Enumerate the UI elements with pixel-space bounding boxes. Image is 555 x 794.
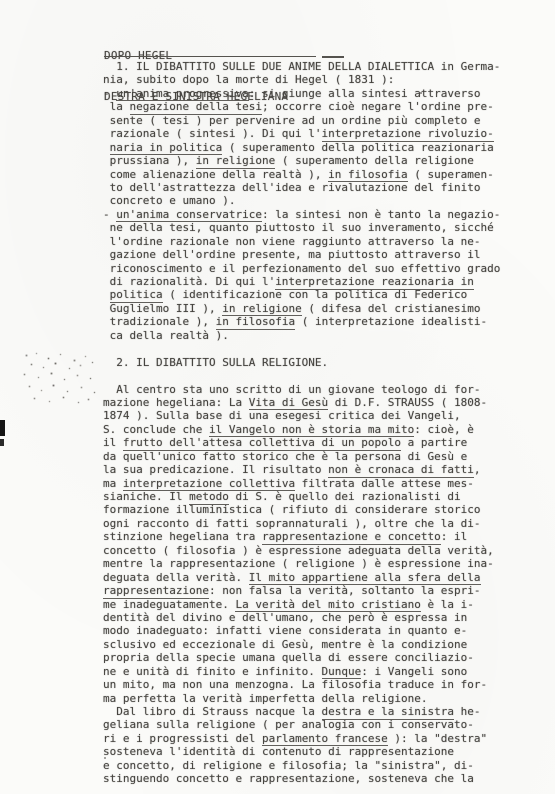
text-segment: 1874 ). Sulla base di una esegesi critic…	[103, 409, 461, 422]
scan-noise-speckles	[22, 352, 23, 353]
text-segment: di razionalità. Di qui l'	[103, 275, 275, 288]
underlined-text-segment: Vita di Gesù	[249, 396, 328, 411]
text-line: ne della tesi, quanto piuttosto il suo i…	[103, 221, 533, 234]
underlined-text-segment: destra e la sinistra	[322, 705, 454, 720]
text-segment: modo inadeguato: infatti viene considera…	[103, 624, 467, 637]
text-segment: a partire	[401, 436, 467, 449]
text-segment: nia, subito dopo la morte di Hegel ( 183…	[103, 73, 394, 86]
text-line: tradizionale ), in filosofia ( interpret…	[103, 315, 533, 328]
text-line: da quell'unico fatto storico che è la pe…	[103, 450, 533, 463]
underlined-text-segment: La verità del mito cristiano	[235, 598, 420, 613]
text-line: la negazione della tesi; occorre cioè ne…	[103, 100, 533, 113]
text-line: - un'anima conservatrice: la sintesi non…	[103, 208, 533, 221]
blank-line	[103, 369, 533, 382]
text-segment: formazione illuministica ( rifiuto di co…	[103, 503, 481, 516]
underlined-text-segment: negazione della tesi	[130, 100, 262, 115]
text-line: 2. IL DIBATTITO SULLA RELIGIONE.	[103, 356, 533, 369]
text-line: me inadeguatamente. La verità del mito c…	[103, 598, 533, 611]
text-segment: ogni racconto di fatti soprannaturali ),…	[103, 517, 481, 530]
text-segment: : la sintesi non è tanto la negazio-	[262, 208, 500, 221]
text-segment: stinguendo concetto e rappresentazione, …	[103, 772, 474, 785]
text-line: nia, subito dopo la morte di Hegel ( 183…	[103, 73, 533, 86]
text-segment: Al centro sta uno scritto di un giovane …	[103, 383, 481, 396]
document-body: 1. IL DIBATTITO SULLE DUE ANIME DELLA DI…	[103, 60, 533, 786]
underlined-text-segment: naria in politica	[110, 141, 223, 156]
text-line: sente ( tesi ) per pervenire ad un ordin…	[103, 114, 533, 127]
text-line: modo inadeguato: infatti viene considera…	[103, 624, 533, 637]
text-segment: filtrata dalle attese mes-	[295, 477, 474, 490]
underlined-text-segment: non è cronaca di fatti	[328, 463, 474, 478]
underlined-text-segment: rappresentazione e concetto	[262, 530, 441, 545]
scan-stray-dot	[104, 757, 106, 759]
text-segment: he-	[454, 705, 481, 718]
text-line: sclusivo ed eccezionale di Gesù, mentre …	[103, 638, 533, 651]
text-segment: ma perfetta la verità imperfetta della r…	[103, 692, 428, 705]
text-line: stinguendo concetto e rappresentazione, …	[103, 772, 533, 785]
text-line: mentre la rappresentazione ( religione )…	[103, 557, 533, 570]
underlined-text-segment: in religione	[196, 154, 275, 169]
text-segment: prussiana ),	[103, 154, 196, 167]
underlined-text-segment: politica	[110, 288, 163, 303]
text-segment: S. conclude che	[103, 423, 209, 436]
text-segment: la sua predicazione. Il risultato	[103, 463, 328, 476]
text-line: ca della realtà ).	[103, 329, 533, 342]
text-line: Al centro sta uno scritto di un giovane …	[103, 383, 533, 396]
text-line: il frutto dell'attesa collettiva di un p…	[103, 436, 533, 449]
underlined-text-segment: interpretazione rivoluzio-	[322, 127, 494, 142]
text-segment: tradizionale ),	[103, 315, 216, 328]
text-segment: di D.F. STRAUSS ( 1808-	[328, 396, 487, 409]
text-segment: 1. IL DIBATTITO SULLE DUE ANIME DELLA DI…	[103, 60, 500, 73]
text-segment: -	[103, 87, 116, 100]
underlined-text-segment: interpretazione collettiva	[123, 477, 295, 492]
underlined-text-segment: in religione	[222, 302, 301, 317]
text-segment: stinzione hegeliana tra	[103, 530, 262, 543]
text-line: l'ordine razionale non viene raggiunto a…	[103, 235, 533, 248]
text-segment: sosteneva l'identità di contenuto di rap…	[103, 745, 454, 758]
underlined-text-segment: Dunque	[322, 665, 362, 680]
text-segment: razionale ( sintesi ). Di qui l'	[103, 127, 322, 140]
underlined-text-segment: in filosofia	[216, 315, 295, 330]
text-segment: è la i-	[421, 598, 474, 611]
text-segment: ( superamento della religione	[275, 154, 474, 167]
text-segment: ( interpretazione idealisti-	[295, 315, 487, 328]
text-line: sianiche. Il metodo di S. è quello dei r…	[103, 490, 533, 503]
text-line: rappresentazione: non falsa la verità, s…	[103, 584, 533, 597]
text-segment: Dal libro di Strauss nacque la	[103, 705, 322, 718]
text-segment: : non falsa la verità, soltanto la espri…	[209, 584, 481, 597]
text-segment: un mito, ma non una menzogna. La filosof…	[103, 678, 487, 691]
text-segment: -	[103, 208, 116, 221]
text-segment: Guglielmo III ),	[103, 302, 222, 315]
text-segment: sianiche. Il	[103, 490, 189, 503]
text-line: di razionalità. Di qui l'interpretazione…	[103, 275, 533, 288]
text-segment: 2. IL DIBATTITO SULLA RELIGIONE.	[103, 356, 328, 369]
title-underline-rule-segment	[322, 56, 344, 58]
text-segment: deguata della verità.	[103, 571, 249, 584]
title-underline-rule	[104, 56, 316, 57]
text-segment: di S. è quello dei razionalisti di	[229, 490, 461, 503]
text-segment: ; occorre cioè negare l'ordine pre-	[262, 100, 494, 113]
scan-edge-artifact-small	[0, 439, 4, 446]
text-line: un mito, ma non una menzogna. La filosof…	[103, 678, 533, 691]
text-segment: propria della specie umana quella di ess…	[103, 651, 474, 664]
text-line: stinzione hegeliana tra rappresentazione…	[103, 530, 533, 543]
text-line: sosteneva l'identità di contenuto di rap…	[103, 745, 533, 758]
text-segment: ( superamento della politica reazionaria	[222, 141, 494, 154]
text-segment: e concetto, di religione e filosofia; la…	[103, 759, 474, 772]
text-segment: : i Vangeli sono	[361, 665, 467, 678]
underlined-text-segment: in filosofia	[328, 168, 407, 183]
text-segment: da quell'unico fatto storico che è la pe…	[103, 450, 467, 463]
text-line: S. conclude che il Vangelo non è storia …	[103, 423, 533, 436]
text-line: concetto ( filosofia ) è espressione ade…	[103, 544, 533, 557]
text-line: ogni racconto di fatti soprannaturali ),…	[103, 517, 533, 530]
text-line: ri e i progressisti del parlamento franc…	[103, 732, 533, 745]
text-line: ne e unità di finito e infinito. Dunque:…	[103, 665, 533, 678]
text-segment: concreto e umano ).	[103, 194, 235, 207]
text-line: come alienazione della realtà ), in filo…	[103, 168, 533, 181]
text-segment: sente ( tesi ) per pervenire ad un ordin…	[103, 114, 481, 127]
text-segment: riconoscimento e il perfezionamento del …	[103, 262, 500, 275]
text-segment	[103, 141, 110, 154]
blank-line	[103, 342, 533, 355]
text-line: - un'anima progressiva: si giunge alla s…	[103, 87, 533, 100]
underlined-text-segment: Il mito appartiene alla sfera della	[249, 571, 481, 586]
text-line: mazione hegeliana: La Vita di Gesù di D.…	[103, 396, 533, 409]
text-segment: l'ordine razionale non viene raggiunto a…	[103, 235, 481, 248]
text-segment: ( difesa del cristianesimo	[302, 302, 481, 315]
text-segment: : si giunge alla sintesi attraverso	[249, 87, 481, 100]
text-segment: ( superamen-	[408, 168, 494, 181]
text-segment: sclusivo ed eccezionale di Gesù, mentre …	[103, 638, 467, 651]
text-line: gazione dell'ordine presente, ma piuttos…	[103, 248, 533, 261]
text-line: Guglielmo III ), in religione ( difesa d…	[103, 302, 533, 315]
text-line: 1874 ). Sulla base di una esegesi critic…	[103, 409, 533, 422]
text-segment: to dell'astrattezza dell'idea e rivaluta…	[103, 181, 481, 194]
text-segment: ri e i progressisti del	[103, 732, 262, 745]
text-line: politica ( identificazione con la politi…	[103, 288, 533, 301]
text-line: razionale ( sintesi ). Di qui l'interpre…	[103, 127, 533, 140]
text-segment: dentità del divino e dell'umano, che per…	[103, 611, 467, 624]
scan-stray-dot	[420, 92, 422, 94]
text-segment: la	[103, 100, 130, 113]
scanned-document-page: DOPO HEGEL DESTRA E SINISTRA HEGELIANA 1…	[0, 0, 555, 794]
text-line: la sua predicazione. Il risultato non è …	[103, 463, 533, 476]
text-segment: ,	[474, 463, 481, 476]
text-segment: ma	[103, 477, 123, 490]
text-line: dentità del divino e dell'umano, che per…	[103, 611, 533, 624]
text-segment: il	[103, 436, 123, 449]
text-segment: me inadeguatamente.	[103, 598, 235, 611]
text-segment: mazione hegeliana: La	[103, 396, 249, 409]
text-segment	[103, 288, 110, 301]
text-line: e concetto, di religione e filosofia; la…	[103, 759, 533, 772]
text-segment: geliana sulla religione ( per analogia c…	[103, 718, 474, 731]
text-line: geliana sulla religione ( per analogia c…	[103, 718, 533, 731]
text-line: 1. IL DIBATTITO SULLE DUE ANIME DELLA DI…	[103, 60, 533, 73]
text-line: deguata della verità. Il mito appartiene…	[103, 571, 533, 584]
underlined-text-segment: frutto dell'attesa collettiva di un popo…	[123, 436, 401, 451]
underlined-text-segment: rappresentazione	[103, 584, 209, 599]
text-line: riconoscimento e il perfezionamento del …	[103, 262, 533, 275]
text-line: ma interpretazione collettiva filtrata d…	[103, 477, 533, 490]
text-line: ma perfetta la verità imperfetta della r…	[103, 692, 533, 705]
underlined-text-segment: il Vangelo non è storia ma mito	[209, 423, 414, 438]
text-line: concreto e umano ).	[103, 194, 533, 207]
text-line: propria della specie umana quella di ess…	[103, 651, 533, 664]
text-segment: ( identificazione con la politica di Fed…	[163, 288, 468, 301]
text-line: prussiana ), in religione ( superamento …	[103, 154, 533, 167]
text-segment: : il	[441, 530, 468, 543]
text-segment: ne della tesi, quanto piuttosto il suo i…	[103, 221, 494, 234]
scan-edge-artifact	[0, 420, 5, 436]
text-segment: ): la "destra"	[388, 732, 487, 745]
underlined-text-segment: metodo	[189, 490, 229, 505]
text-line: formazione illuministica ( rifiuto di co…	[103, 503, 533, 516]
text-segment: mentre la rappresentazione ( religione )…	[103, 557, 494, 570]
text-segment: ca della realtà ).	[103, 329, 229, 342]
text-line: naria in politica ( superamento della po…	[103, 141, 533, 154]
text-segment: concetto ( filosofia ) è espressione ade…	[103, 544, 494, 557]
text-line: Dal libro di Strauss nacque la destra e …	[103, 705, 533, 718]
text-line: to dell'astrattezza dell'idea e rivaluta…	[103, 181, 533, 194]
text-segment: come alienazione della realtà ),	[103, 168, 328, 181]
text-segment: gazione dell'ordine presente, ma piuttos…	[103, 248, 481, 261]
text-segment: : cioè, è	[414, 423, 474, 436]
text-segment: ne e unità di finito e infinito.	[103, 665, 322, 678]
underlined-text-segment: interpretazione reazionaria in	[275, 275, 474, 290]
